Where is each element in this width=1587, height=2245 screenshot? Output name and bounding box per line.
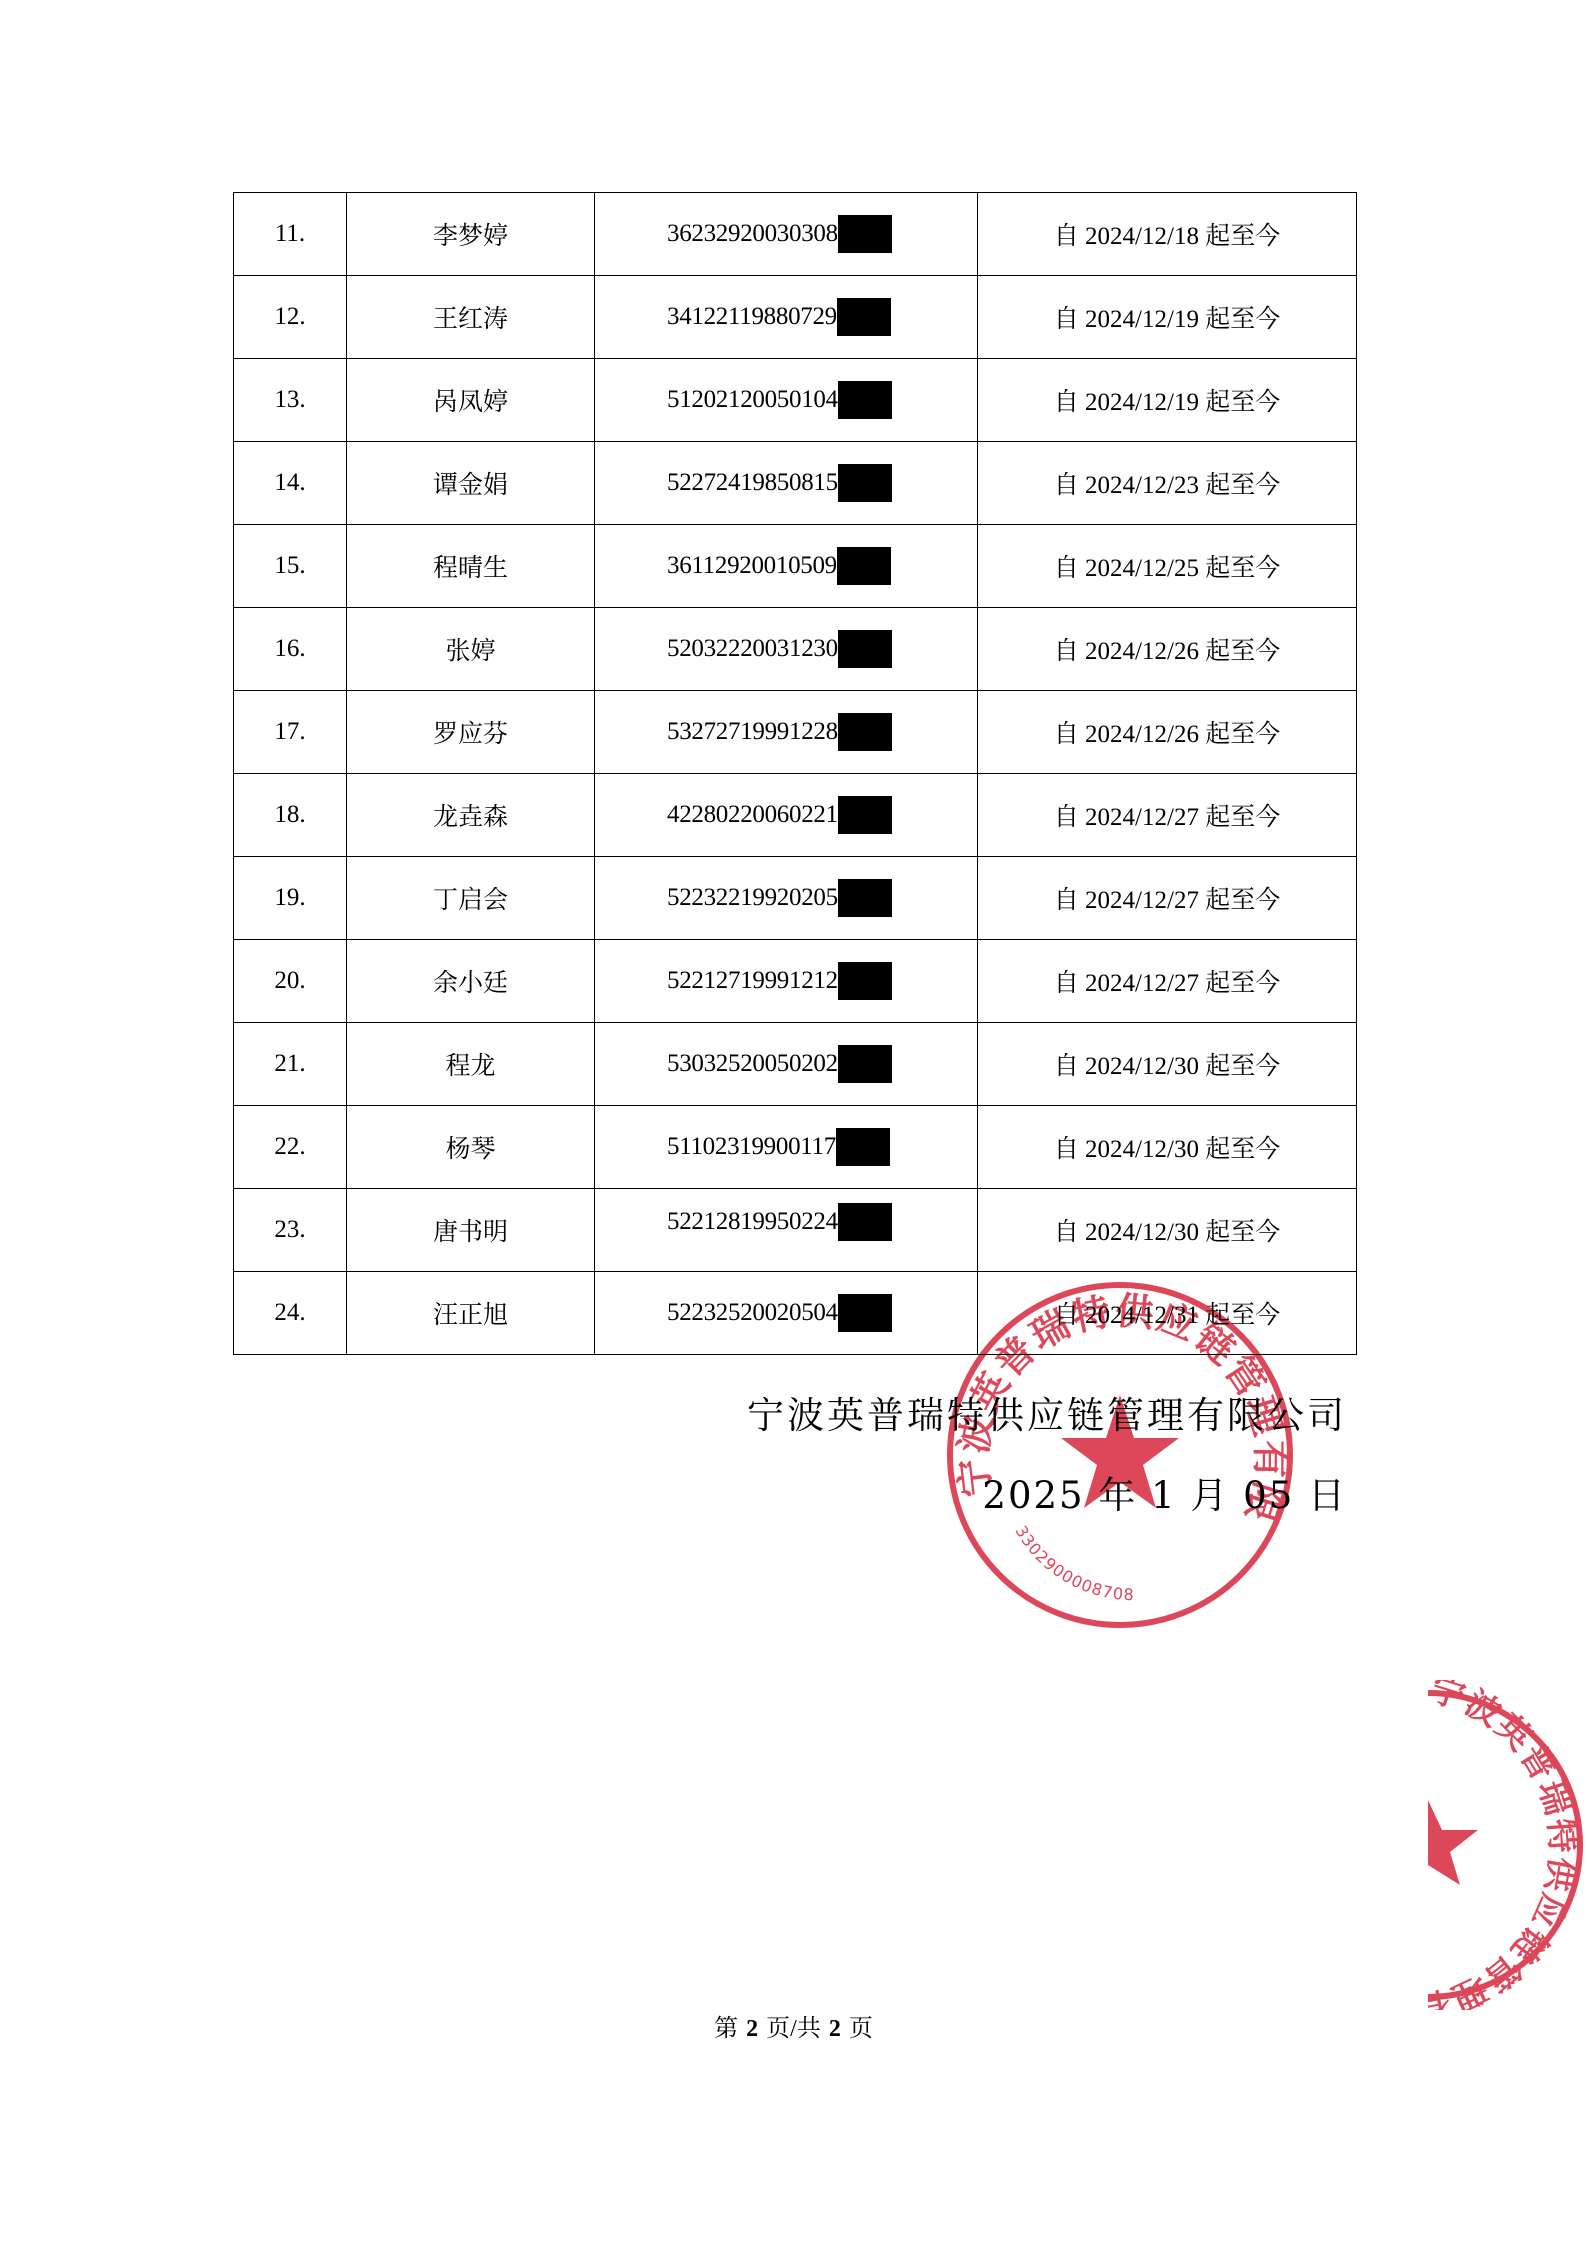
roster-body: 11.李梦婷36232920030308自 2024/12/18 起至今12.王… <box>234 193 1357 1355</box>
row-number: 20. <box>234 940 347 1023</box>
id-number-cell: 52032220031230 <box>595 608 978 691</box>
current-page-number: 2 <box>746 2016 758 2042</box>
employment-since: 自 2024/12/19 起至今 <box>978 276 1357 359</box>
redaction-box <box>836 1128 890 1166</box>
row-number: 11. <box>234 193 347 276</box>
id-number: 52212819950224 <box>667 1208 838 1236</box>
id-number-cell: 52212819950224 <box>595 1189 978 1272</box>
employee-name: 张婷 <box>347 608 595 691</box>
table-row: 20.余小廷52212719991212自 2024/12/27 起至今 <box>234 940 1357 1023</box>
redaction-box <box>838 215 892 253</box>
id-number-cell: 52272419850815 <box>595 442 978 525</box>
employment-since: 自 2024/12/31 起至今 <box>978 1272 1357 1355</box>
table-row: 21.程龙53032520050202自 2024/12/30 起至今 <box>234 1023 1357 1106</box>
table-row: 15.程晴生36112920010509自 2024/12/25 起至今 <box>234 525 1357 608</box>
redaction-box <box>838 1294 892 1332</box>
id-number: 52032220031230 <box>667 635 838 663</box>
employment-since: 自 2024/12/23 起至今 <box>978 442 1357 525</box>
id-number-cell: 36112920010509 <box>595 525 978 608</box>
row-number: 14. <box>234 442 347 525</box>
id-number-cell: 51102319900117 <box>595 1106 978 1189</box>
table-row: 11.李梦婷36232920030308自 2024/12/18 起至今 <box>234 193 1357 276</box>
id-number: 53272719991228 <box>667 718 838 746</box>
page-footer: 第2页/共2页 <box>0 2008 1587 2043</box>
redaction-box <box>838 962 892 1000</box>
employee-name: 杨琴 <box>347 1106 595 1189</box>
table-row: 24.汪正旭52232520020504自 2024/12/31 起至今 <box>234 1272 1357 1355</box>
id-number-cell: 53272719991228 <box>595 691 978 774</box>
employment-since: 自 2024/12/27 起至今 <box>978 857 1357 940</box>
total-page-count: 2 <box>829 2016 841 2042</box>
redaction-box <box>838 1045 892 1083</box>
id-number-cell: 34122119880729 <box>595 276 978 359</box>
id-number-cell: 42280220060221 <box>595 774 978 857</box>
employee-name: 龙垚森 <box>347 774 595 857</box>
id-number-cell: 52232520020504 <box>595 1272 978 1355</box>
row-number: 19. <box>234 857 347 940</box>
row-number: 12. <box>234 276 347 359</box>
id-number-cell: 52212719991212 <box>595 940 978 1023</box>
signature-date: 2025 年 1 月 05 日 <box>982 1465 1347 1519</box>
partial-seal-ring <box>1428 1693 1580 1997</box>
row-number: 13. <box>234 359 347 442</box>
employment-since: 自 2024/12/26 起至今 <box>978 608 1357 691</box>
redaction-box <box>838 381 892 419</box>
id-number-cell: 51202120050104 <box>595 359 978 442</box>
employee-name: 罗应芬 <box>347 691 595 774</box>
employment-since: 自 2024/12/27 起至今 <box>978 940 1357 1023</box>
employment-since: 自 2024/12/30 起至今 <box>978 1023 1357 1106</box>
id-number: 36232920030308 <box>667 220 838 248</box>
partial-seal-star-icon <box>1428 1800 1478 1885</box>
id-number: 52272419850815 <box>667 469 838 497</box>
table-row: 19.丁启会52232219920205自 2024/12/27 起至今 <box>234 857 1357 940</box>
employee-name: 程龙 <box>347 1023 595 1106</box>
partial-seal-stamp: 宁波英普瑞特供应链管理有限公司 <box>1428 1680 1587 2010</box>
table-row: 18.龙垚森42280220060221自 2024/12/27 起至今 <box>234 774 1357 857</box>
employment-since: 自 2024/12/26 起至今 <box>978 691 1357 774</box>
row-number: 15. <box>234 525 347 608</box>
employment-since: 自 2024/12/19 起至今 <box>978 359 1357 442</box>
employment-since: 自 2024/12/30 起至今 <box>978 1106 1357 1189</box>
redaction-box <box>838 796 892 834</box>
employee-name: 唐书明 <box>347 1189 595 1272</box>
partial-seal-arc-text: 宁波英普瑞特供应链管理有限公司 <box>1428 1680 1583 2010</box>
employee-name: 王红涛 <box>347 276 595 359</box>
id-number: 42280220060221 <box>667 801 838 829</box>
employee-name: 呙凤婷 <box>347 359 595 442</box>
footer-middle: 页/共 <box>766 2016 821 2042</box>
employee-name: 丁启会 <box>347 857 595 940</box>
table-row: 16.张婷52032220031230自 2024/12/26 起至今 <box>234 608 1357 691</box>
svg-text:宁波英普瑞特供应链管理有限公司: 宁波英普瑞特供应链管理有限公司 <box>1428 1680 1583 2010</box>
redaction-box <box>838 630 892 668</box>
row-number: 24. <box>234 1272 347 1355</box>
redaction-box <box>838 713 892 751</box>
row-number: 22. <box>234 1106 347 1189</box>
company-name: 宁波英普瑞特供应链管理有限公司 <box>747 1385 1347 1439</box>
employee-roster-table: 11.李梦婷36232920030308自 2024/12/18 起至今12.王… <box>233 192 1357 1355</box>
table-row: 23.唐书明52212819950224自 2024/12/30 起至今 <box>234 1189 1357 1272</box>
table-row: 13.呙凤婷51202120050104自 2024/12/19 起至今 <box>234 359 1357 442</box>
table-row: 14.谭金娟52272419850815自 2024/12/23 起至今 <box>234 442 1357 525</box>
id-number: 51202120050104 <box>667 386 838 414</box>
table-row: 22.杨琴51102319900117自 2024/12/30 起至今 <box>234 1106 1357 1189</box>
employee-name: 汪正旭 <box>347 1272 595 1355</box>
redaction-box <box>838 1203 892 1241</box>
employment-since: 自 2024/12/30 起至今 <box>978 1189 1357 1272</box>
footer-prefix: 第 <box>714 2016 738 2042</box>
employee-name: 余小廷 <box>347 940 595 1023</box>
id-number-cell: 52232219920205 <box>595 857 978 940</box>
footer-suffix: 页 <box>849 2016 873 2042</box>
row-number: 21. <box>234 1023 347 1106</box>
id-number-cell: 53032520050202 <box>595 1023 978 1106</box>
id-number: 34122119880729 <box>667 303 837 331</box>
table-row: 12.王红涛34122119880729自 2024/12/19 起至今 <box>234 276 1357 359</box>
row-number: 17. <box>234 691 347 774</box>
id-number: 52232219920205 <box>667 884 838 912</box>
employee-name: 程晴生 <box>347 525 595 608</box>
seal-registration-number: 3302900008708 <box>1011 1522 1135 1604</box>
row-number: 16. <box>234 608 347 691</box>
id-number: 52232520020504 <box>667 1299 838 1327</box>
table-row: 17.罗应芬53272719991228自 2024/12/26 起至今 <box>234 691 1357 774</box>
employment-since: 自 2024/12/25 起至今 <box>978 525 1357 608</box>
id-number: 51102319900117 <box>667 1133 836 1161</box>
employment-since: 自 2024/12/27 起至今 <box>978 774 1357 857</box>
redaction-box <box>837 547 891 585</box>
id-number: 52212719991212 <box>667 967 838 995</box>
redaction-box <box>837 298 891 336</box>
id-number-cell: 36232920030308 <box>595 193 978 276</box>
id-number: 36112920010509 <box>667 552 837 580</box>
row-number: 23. <box>234 1189 347 1272</box>
svg-text:3302900008708: 3302900008708 <box>1011 1522 1135 1604</box>
employment-since: 自 2024/12/18 起至今 <box>978 193 1357 276</box>
employee-name: 谭金娟 <box>347 442 595 525</box>
redaction-box <box>838 464 892 502</box>
id-number: 53032520050202 <box>667 1050 838 1078</box>
redaction-box <box>838 879 892 917</box>
document-page: 11.李梦婷36232920030308自 2024/12/18 起至今12.王… <box>0 0 1587 2245</box>
employee-name: 李梦婷 <box>347 193 595 276</box>
row-number: 18. <box>234 774 347 857</box>
